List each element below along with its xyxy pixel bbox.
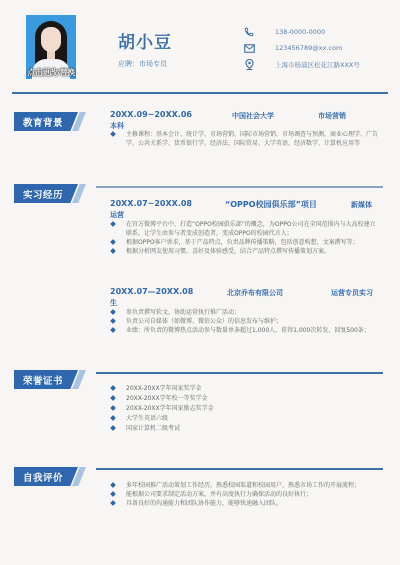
- list-item: 20XX-20XX学年校一等奖学金: [110, 394, 390, 404]
- section-divider: [96, 186, 383, 188]
- header-divider: [12, 92, 388, 94]
- list-item: 业绩：所负责的微博热点活动参与数量单条超过1,000人，获得1,000次转发，回…: [110, 326, 380, 335]
- phone-icon: [243, 26, 255, 38]
- section-badge-honors: 荣誉证书: [14, 370, 84, 389]
- list-item: 参负责撰写软文，协助运营执行推广活动；: [110, 308, 380, 317]
- internship-1-role-line2: 运营: [110, 210, 124, 220]
- contact-email: 123456789@xx.com: [243, 40, 360, 56]
- education-school: 中国社会大学: [232, 111, 274, 121]
- mail-icon: [243, 42, 255, 54]
- section-title: 实习经历: [23, 187, 63, 201]
- self-eval-bullets: 多年校园推广活动策划工作经历，熟悉校园渠道和校园用户，熟悉市场工作的开展流程； …: [110, 481, 378, 508]
- list-item: 主修课程：基本会计、统计学、市场营销、国际市场营销、市场调查与预测、商业心理学、…: [110, 130, 388, 148]
- internship-1-role-line1: 新媒体: [351, 200, 372, 210]
- list-item: 根据OPPO客户诉求，基于产品特点，负责品牌传播策略，包括创意构想，文案撰写等；: [110, 238, 380, 247]
- contact-address: 上海市杨浦区松花江路XXX号: [243, 56, 360, 72]
- profile-photo[interactable]: 点击更改/替换: [26, 15, 76, 79]
- contact-info: 138-0000-0000 123456789@xx.com 上海市杨浦区松花江…: [243, 24, 360, 72]
- list-item: 在官方微博平台中，打造“OPPO校园俱乐部”的概念，为OPPO公司在全国范围内与…: [110, 220, 380, 238]
- location-icon: [243, 58, 255, 70]
- section-divider: [96, 372, 383, 374]
- email-address: 123456789@xx.com: [275, 44, 342, 52]
- internship-1-org: “OPPO校园俱乐部”项目: [225, 199, 317, 210]
- photo-face: [41, 27, 61, 52]
- contact-phone: 138-0000-0000: [243, 24, 360, 40]
- candidate-name: 胡小豆: [118, 28, 172, 53]
- honors-bullets: 20XX-20XX学年国家奖学金 20XX-20XX学年校一等奖学金 20XX-…: [110, 384, 390, 434]
- internship-2-role-line2: 生: [110, 298, 117, 308]
- section-badge-self-eval: 自我评价: [14, 467, 84, 486]
- list-item: 能根据公司要求制定活动方案，并有高度执行力确保活动的良好执行；: [110, 490, 378, 499]
- education-date: 20XX.09~20XX.06: [110, 110, 192, 119]
- list-item: 20XX-20XX学年国家奖学金: [110, 384, 390, 394]
- photo-change-caption[interactable]: 点击更改/替换: [26, 67, 76, 78]
- list-item: 具备良好的沟通能力和团队协作能力，能够快速融入团队。: [110, 499, 378, 508]
- section-badge-internship: 实习经历: [14, 184, 84, 203]
- internship-2-bullets: 参负责撰写软文，协助运营执行推广活动； 负责公司自媒体（如微博、微信公众）的信息…: [110, 308, 380, 335]
- section-title: 教育背景: [23, 115, 63, 129]
- section-title: 荣誉证书: [23, 373, 63, 387]
- internship-2-date: 20XX.07—20XX.08: [110, 287, 193, 296]
- section-divider: [96, 468, 383, 470]
- internship-1-date: 20XX.07~20XX.08: [110, 199, 192, 208]
- list-item: 大学生英语六级: [110, 414, 390, 424]
- education-bullets: 主修课程：基本会计、统计学、市场营销、国际市场营销、市场调查与预测、商业心理学、…: [110, 130, 388, 148]
- internship-2-role-line1: 运营专员实习: [331, 288, 373, 298]
- resume-header: 点击更改/替换 胡小豆 应聘：市场专员 138-0000-0000 123456…: [0, 0, 400, 92]
- list-item: 国家计算机二级考试: [110, 424, 390, 434]
- section-title: 自我评价: [23, 470, 63, 484]
- home-address: 上海市杨浦区松花江路XXX号: [275, 60, 360, 69]
- education-major: 市场营销: [318, 111, 346, 121]
- list-item: 负责公司自媒体（如微博、微信公众）的信息发布与维护；: [110, 317, 380, 326]
- internship-1-bullets: 在官方微博平台中，打造“OPPO校园俱乐部”的概念，为OPPO公司在全国范围内与…: [110, 220, 380, 256]
- list-item: 20XX-20XX学年国家励志奖学金: [110, 404, 390, 414]
- internship-2-org: 北京乔布有限公司: [227, 288, 283, 298]
- applied-position: 应聘：市场专员: [118, 59, 167, 69]
- list-item: 多年校园推广活动策划工作经历，熟悉校园渠道和校园用户，熟悉市场工作的开展流程；: [110, 481, 378, 490]
- list-item: 根据分析网友使用习惯、喜好及体验感受，结合产品特点撰写传播策划方案。: [110, 247, 380, 256]
- phone-number: 138-0000-0000: [275, 28, 325, 36]
- section-badge-education: 教育背景: [14, 112, 84, 131]
